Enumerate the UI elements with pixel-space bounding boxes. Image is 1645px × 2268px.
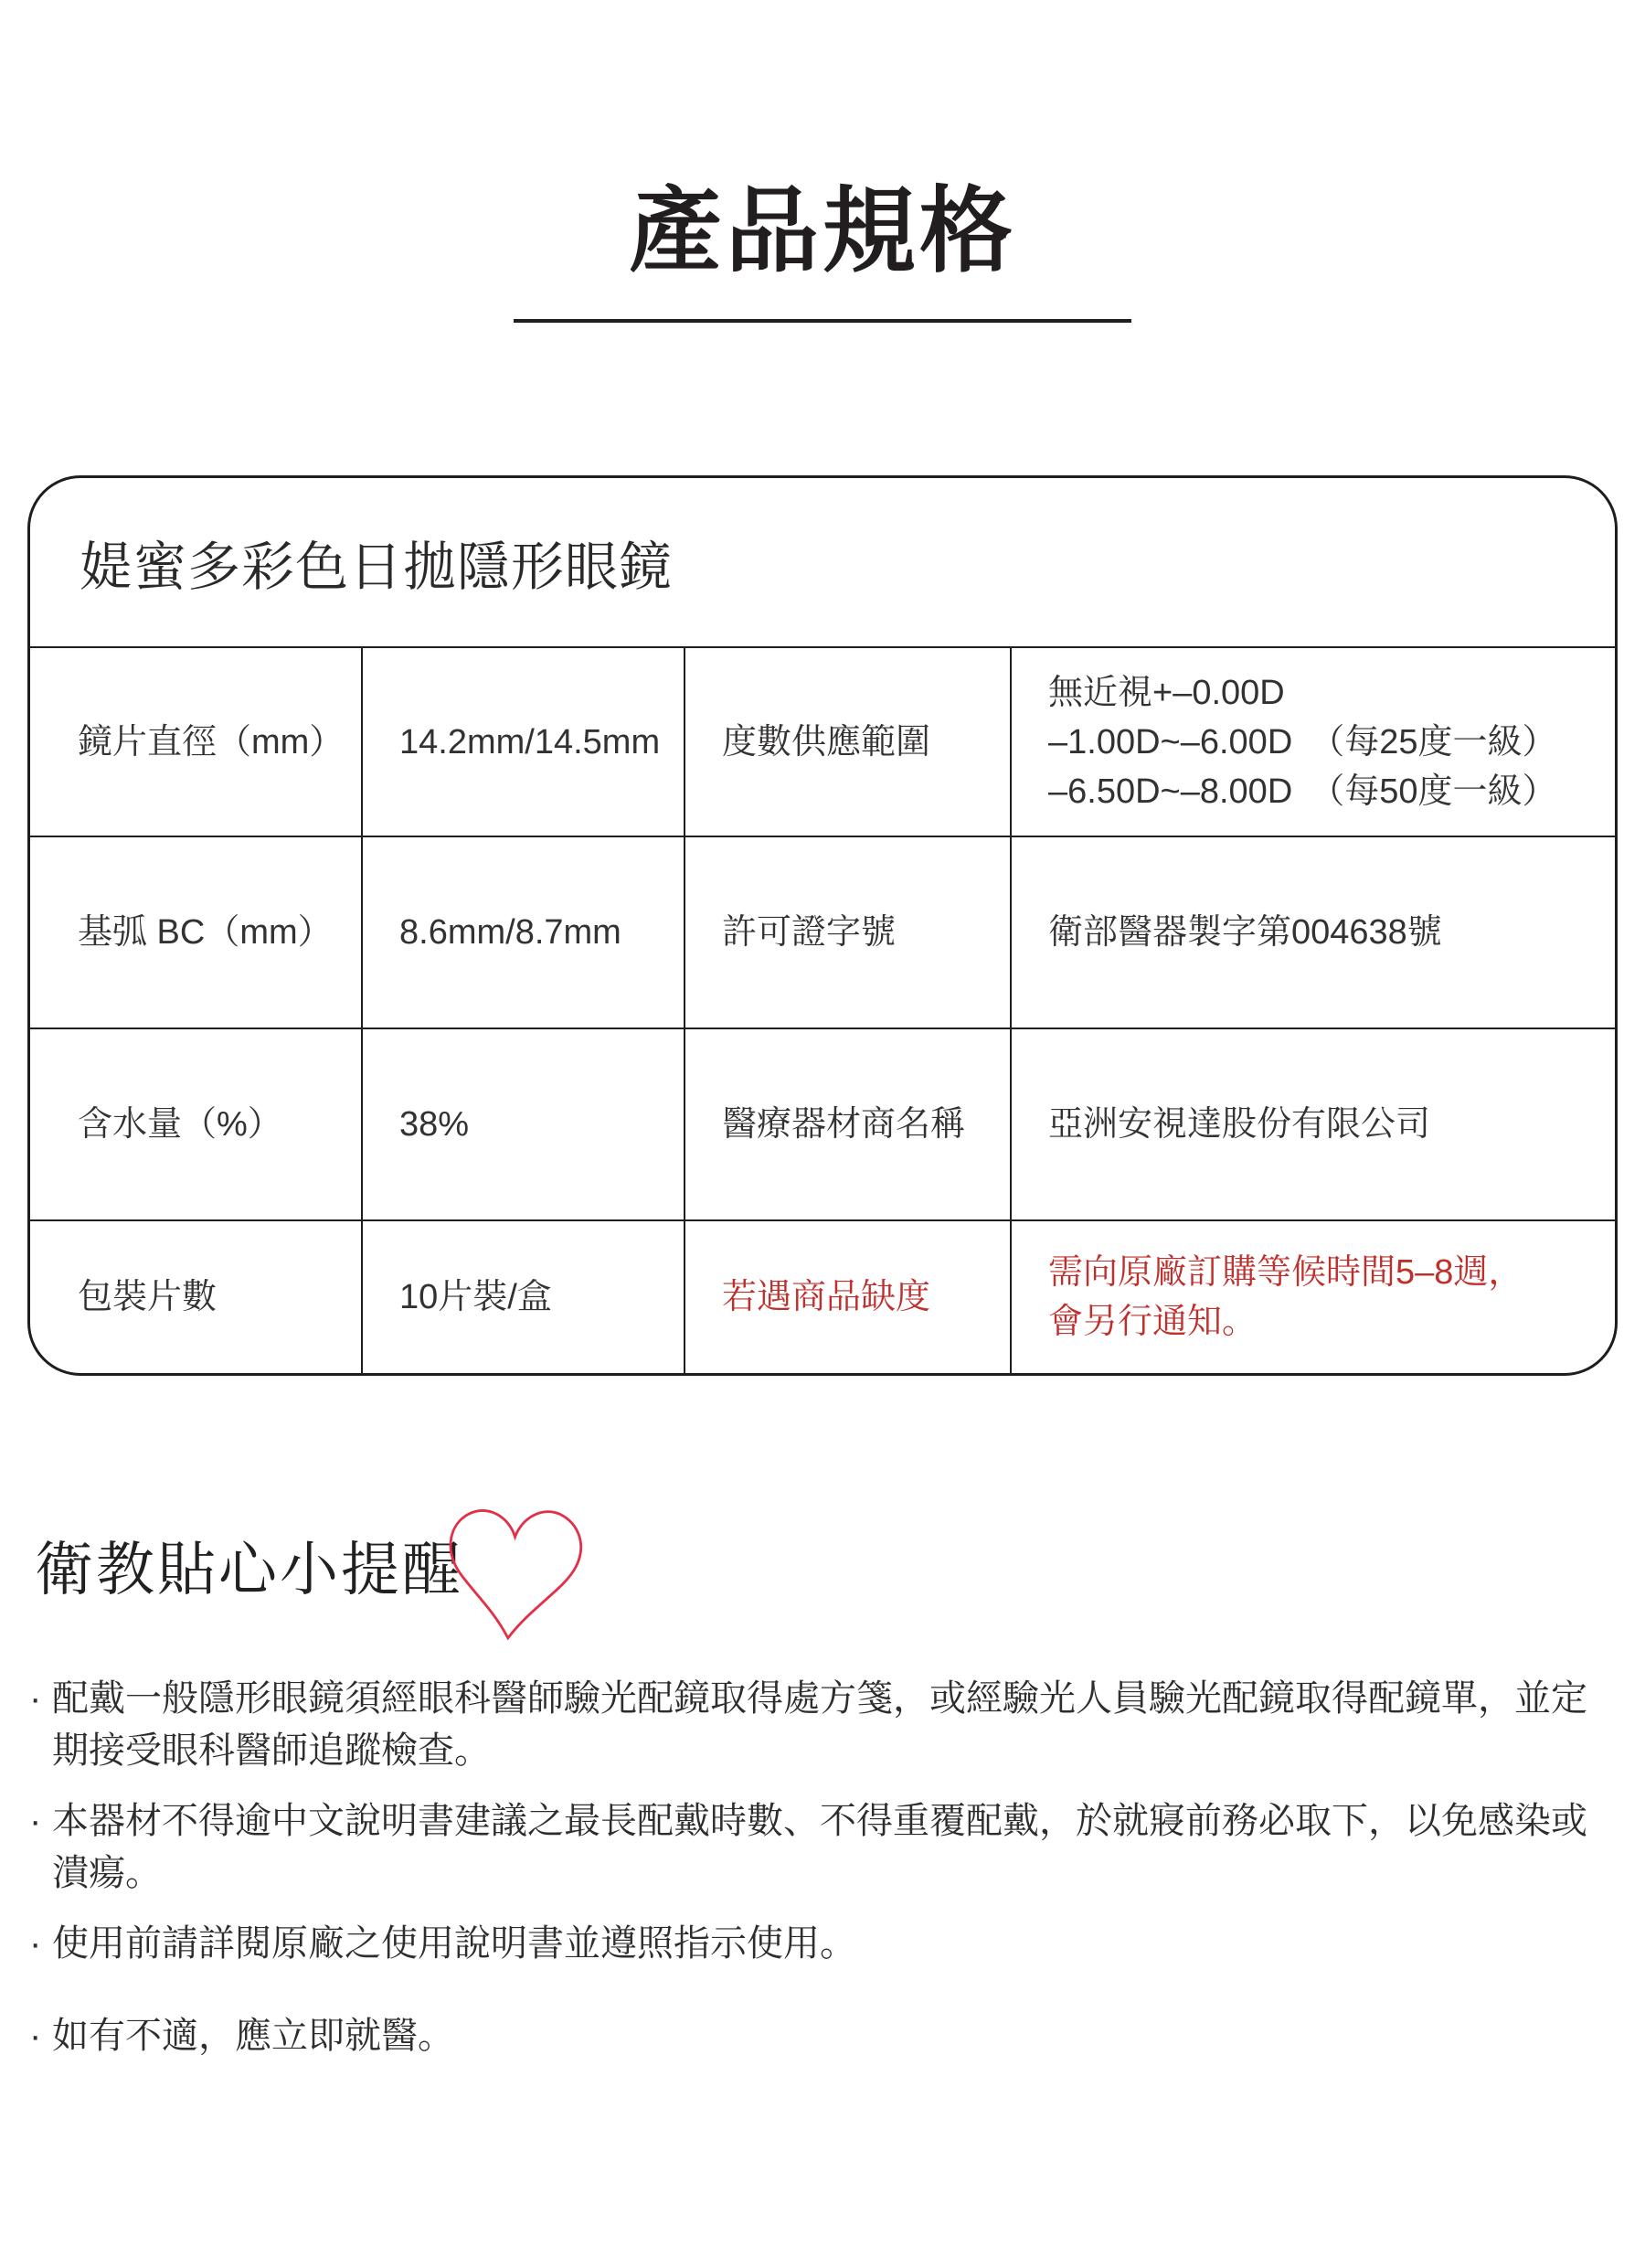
product-name: 媞蜜多彩色日拋隱形眼鏡	[30, 478, 1615, 648]
value-power-range: 無近視+–0.00D –1.00D~–6.00D （每25度一級） –6.50D…	[1010, 648, 1615, 836]
power-range-line2: –1.00D~–6.00D （每25度一級）	[1048, 718, 1606, 767]
value-vendor-name: 亞洲安視達股份有限公司	[1010, 1028, 1615, 1219]
label-power-range: 度數供應範圍	[684, 648, 1010, 836]
bullet-marker: ·	[29, 2010, 41, 2062]
value-base-curve: 8.6mm/8.7mm	[361, 836, 684, 1028]
power-range-line3: –6.50D~–8.00D （每50度一級）	[1048, 767, 1606, 816]
value-pack-count: 10片裝/盒	[361, 1219, 684, 1373]
bullet-item: · 配戴一般隱形眼鏡須經眼科醫師驗光配鏡取得處方箋，或經驗光人員驗光配鏡取得配鏡…	[27, 1673, 1599, 1777]
bullet-marker: ·	[29, 1918, 41, 1970]
bullet-text: 本器材不得逾中文說明書建議之最長配戴時數、不得重覆配戴，於就寢前務必取下，以免感…	[52, 1801, 1587, 1893]
spec-grid: 鏡片直徑（mm） 14.2mm/14.5mm 度數供應範圍 無近視+–0.00D…	[30, 648, 1615, 1373]
reminder-heading: 衛教貼心小提醒	[35, 1523, 463, 1607]
bullet-text: 如有不適，應立即就醫。	[52, 2016, 454, 2056]
title-underline	[514, 319, 1131, 323]
value-license-number: 衛部醫器製字第004638號	[1010, 836, 1615, 1028]
product-spec-page: 產品規格 媞蜜多彩色日拋隱形眼鏡 鏡片直徑（mm） 14.2mm/14.5mm …	[0, 0, 1645, 2268]
bullet-marker: ·	[29, 1795, 41, 1847]
out-of-stock-line1: 需向原廠訂購等候時間5–8週，	[1048, 1248, 1606, 1297]
label-base-curve: 基弧 BC（mm）	[30, 836, 361, 1028]
value-lens-diameter: 14.2mm/14.5mm	[361, 648, 684, 836]
label-pack-count: 包裝片數	[30, 1219, 361, 1373]
label-lens-diameter: 鏡片直徑（mm）	[30, 648, 361, 836]
spec-table: 媞蜜多彩色日拋隱形眼鏡 鏡片直徑（mm） 14.2mm/14.5mm 度數供應範…	[27, 475, 1618, 1376]
label-vendor-name: 醫療器材商名稱	[684, 1028, 1010, 1219]
reminder-bullets: · 配戴一般隱形眼鏡須經眼科醫師驗光配鏡取得處方箋，或經驗光人員驗光配鏡取得配鏡…	[27, 1673, 1599, 2081]
bullet-item: · 本器材不得逾中文說明書建議之最長配戴時數、不得重覆配戴，於就寢前務必取下，以…	[27, 1795, 1599, 1900]
heart-outline-icon	[431, 1488, 603, 1660]
label-water-content: 含水量（%）	[30, 1028, 361, 1219]
bullet-marker: ·	[29, 1673, 41, 1725]
value-water-content: 38%	[361, 1028, 684, 1219]
label-license-number: 許可證字號	[684, 836, 1010, 1028]
bullet-item: · 如有不適，應立即就醫。	[27, 2010, 1599, 2062]
value-out-of-stock: 需向原廠訂購等候時間5–8週， 會另行通知。	[1010, 1219, 1615, 1373]
out-of-stock-line2: 會另行通知。	[1048, 1297, 1606, 1347]
bullet-text: 配戴一般隱形眼鏡須經眼科醫師驗光配鏡取得處方箋，或經驗光人員驗光配鏡取得配鏡單，…	[52, 1678, 1587, 1771]
bullet-text: 使用前請詳閱原廠之使用說明書並遵照指示使用。	[52, 1923, 856, 1964]
power-range-line1: 無近視+–0.00D	[1048, 668, 1606, 718]
page-title: 產品規格	[0, 157, 1645, 291]
label-out-of-stock: 若遇商品缺度	[684, 1219, 1010, 1373]
bullet-item: · 使用前請詳閱原廠之使用說明書並遵照指示使用。	[27, 1918, 1599, 1970]
